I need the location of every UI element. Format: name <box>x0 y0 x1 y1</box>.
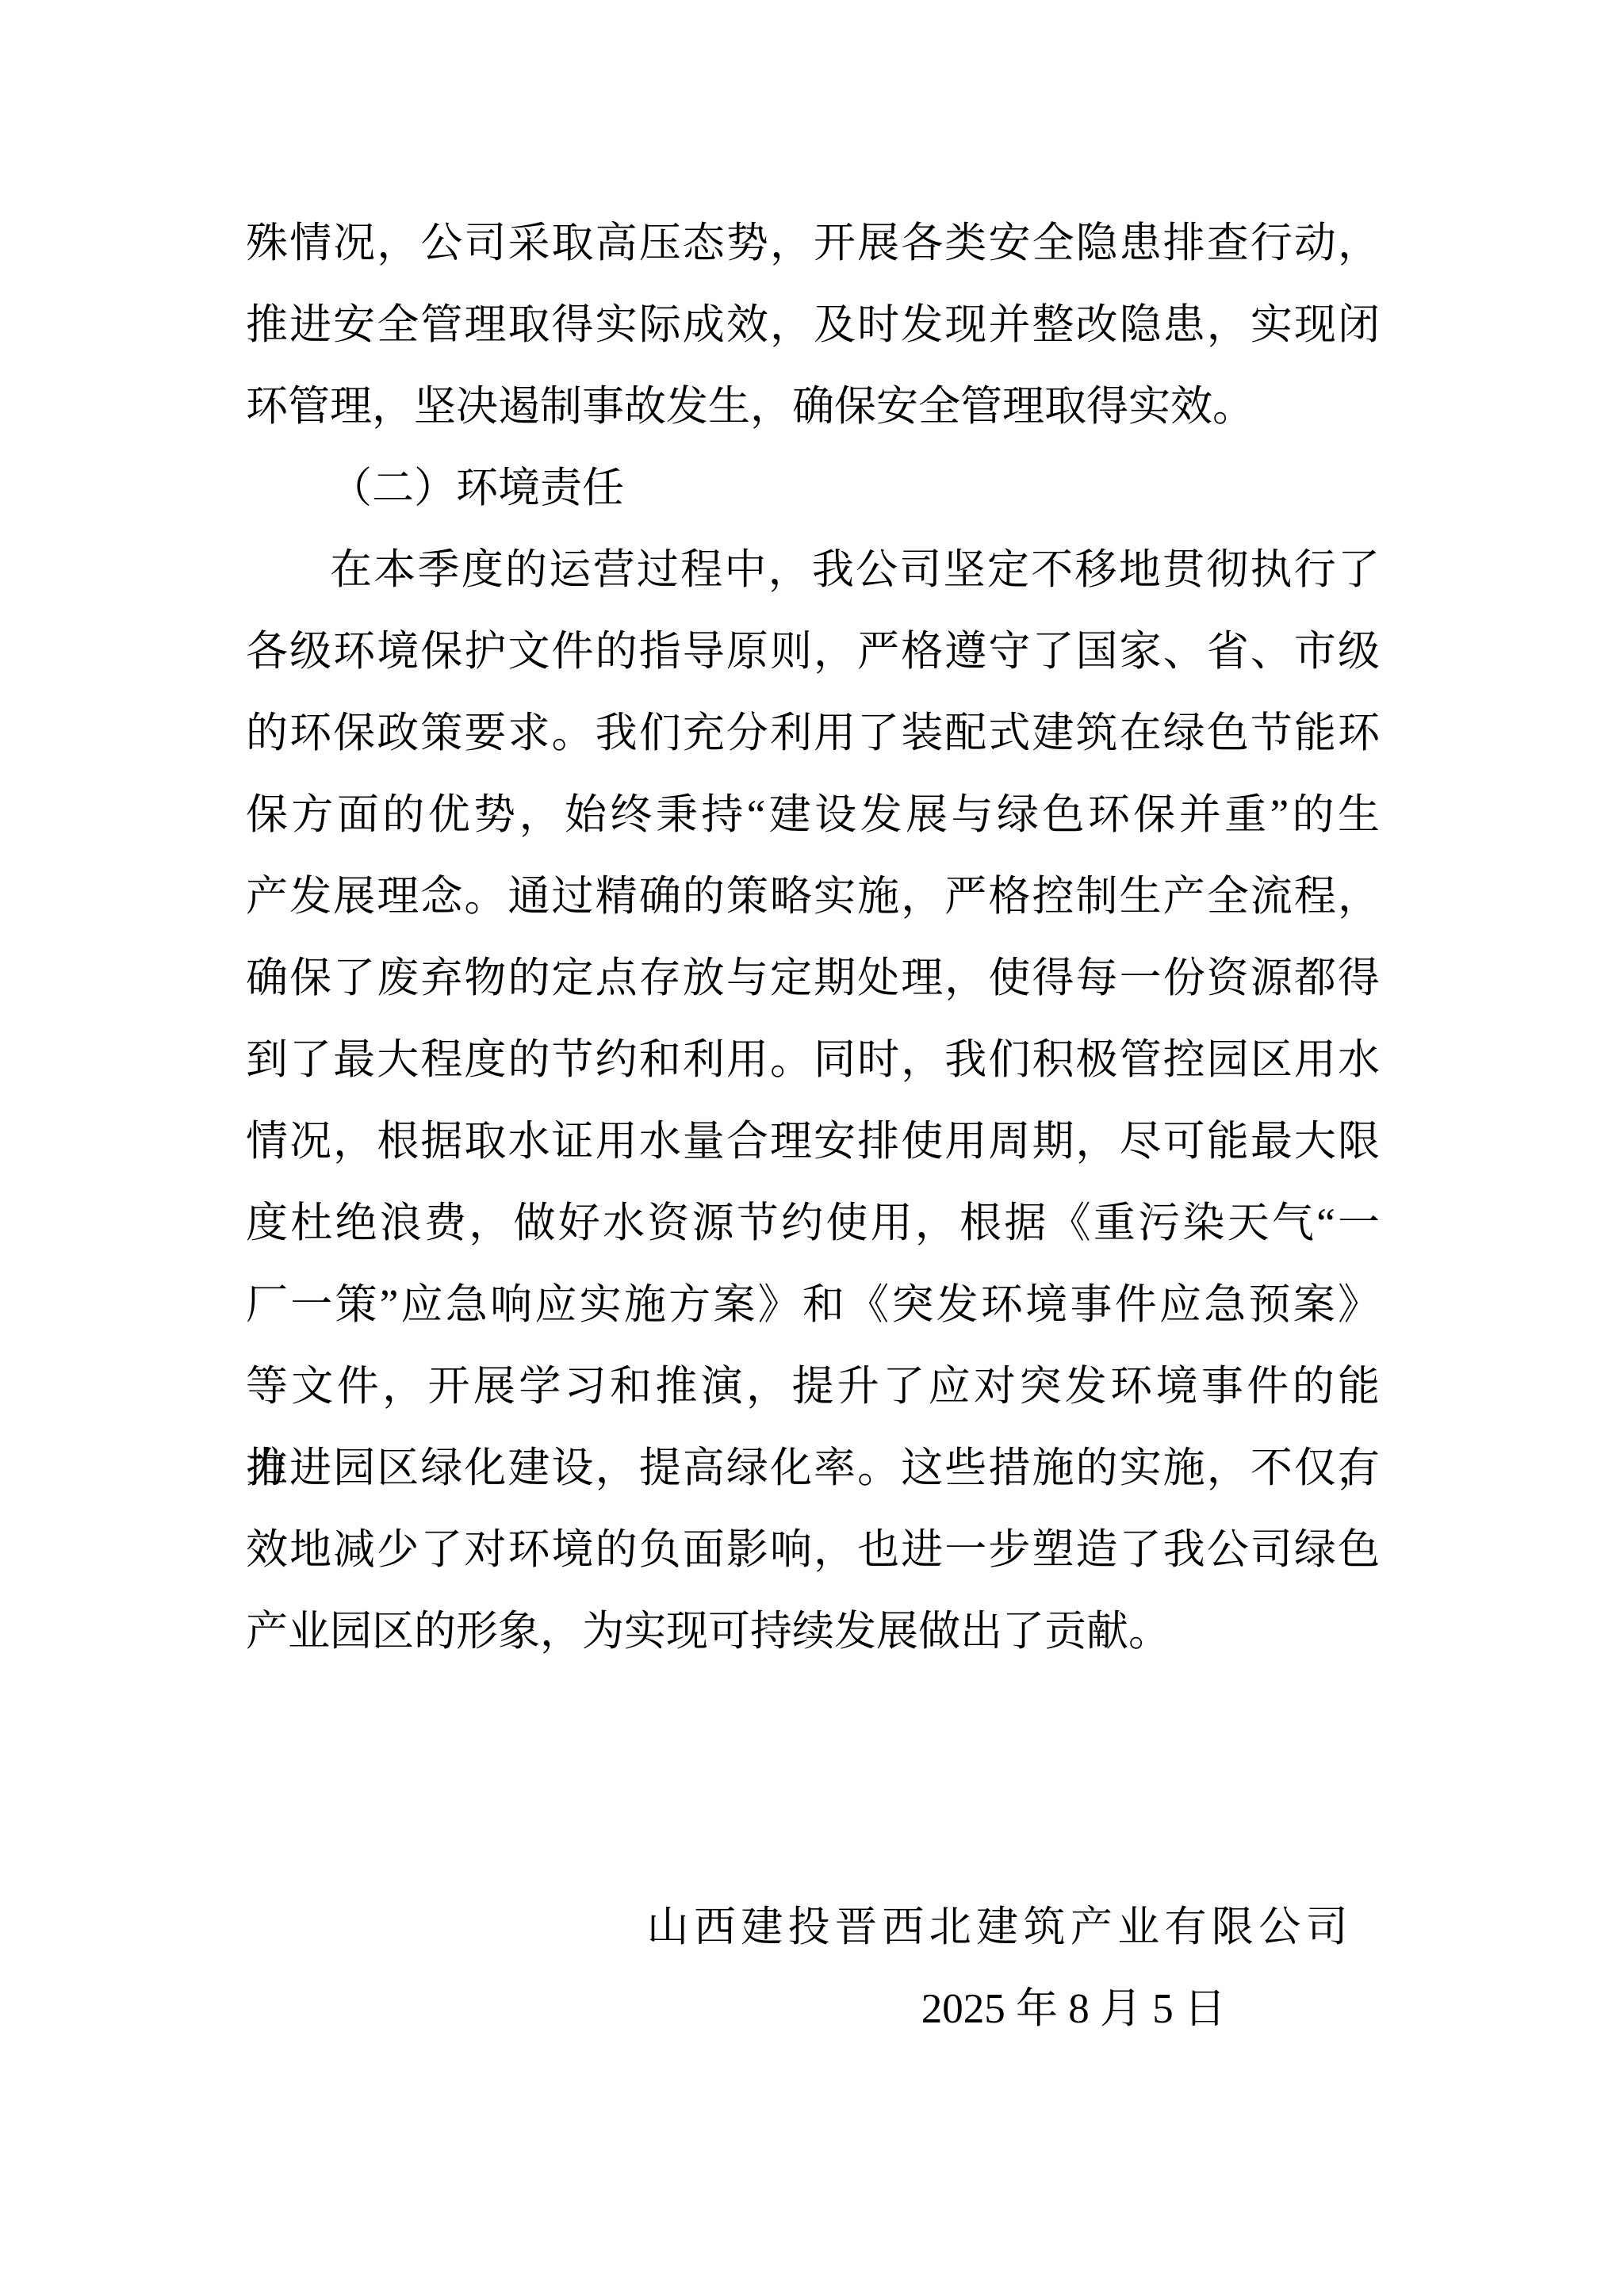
signature-date: 2025 年 8 月 5 日 <box>246 1969 1380 2050</box>
body-line: 产发展理念。通过精确的策略实施，严格控制生产全流程， <box>246 856 1380 938</box>
body-line: 推进园区绿化建设，提高绿化率。这些措施的实施，不仅有 <box>246 1428 1380 1510</box>
body-line: 效地减少了对环境的负面影响，也进一步塑造了我公司绿色 <box>246 1510 1380 1591</box>
body-line: 度杜绝浪费，做好水资源节约使用，根据《重污染天气“一 <box>246 1183 1380 1265</box>
body-line: 确保了废弃物的定点存放与定期处理，使得每一份资源都得 <box>246 938 1380 1020</box>
signature-company: 山西建投晋西北建筑产业有限公司 <box>246 1887 1380 1969</box>
body-line: 推进安全管理取得实际成效，及时发现并整改隐患，实现闭 <box>246 285 1380 366</box>
body-line: 厂一策”应急响应实施方案》和《突发环境事件应急预案》 <box>246 1265 1380 1346</box>
document-page: 殊情况，公司采取高压态势，开展各类安全隐患排查行动， 推进安全管理取得实际成效，… <box>0 0 1624 2296</box>
body-line: 保方面的优势，始终秉持“建设发展与绿色环保并重”的生 <box>246 775 1380 856</box>
body-line: 的环保政策要求。我们充分利用了装配式建筑在绿色节能环 <box>246 693 1380 775</box>
signature-block: 山西建投晋西北建筑产业有限公司 2025 年 8 月 5 日 <box>246 1887 1380 2050</box>
document-body: 殊情况，公司采取高压态势，开展各类安全隐患排查行动， 推进安全管理取得实际成效，… <box>246 203 1380 2050</box>
body-line: 环管理，坚决遏制事故发生，确保安全管理取得实效。 <box>246 366 1380 448</box>
body-line: 各级环境保护文件的指导原则，严格遵守了国家、省、市级 <box>246 611 1380 693</box>
section-heading: （二）环境责任 <box>246 448 1380 530</box>
body-line: 情况，根据取水证用水量合理安排使用周期，尽可能最大限 <box>246 1101 1380 1183</box>
body-line: 产业园区的形象，为实现可持续发展做出了贡献。 <box>246 1591 1380 1673</box>
body-line: 等文件，开展学习和推演，提升了应对突发环境事件的能力， <box>246 1346 1380 1428</box>
body-line: 在本季度的运营过程中，我公司坚定不移地贯彻执行了 <box>246 530 1380 611</box>
body-line: 殊情况，公司采取高压态势，开展各类安全隐患排查行动， <box>246 203 1380 285</box>
body-line: 到了最大程度的节约和利用。同时，我们积极管控园区用水 <box>246 1020 1380 1101</box>
